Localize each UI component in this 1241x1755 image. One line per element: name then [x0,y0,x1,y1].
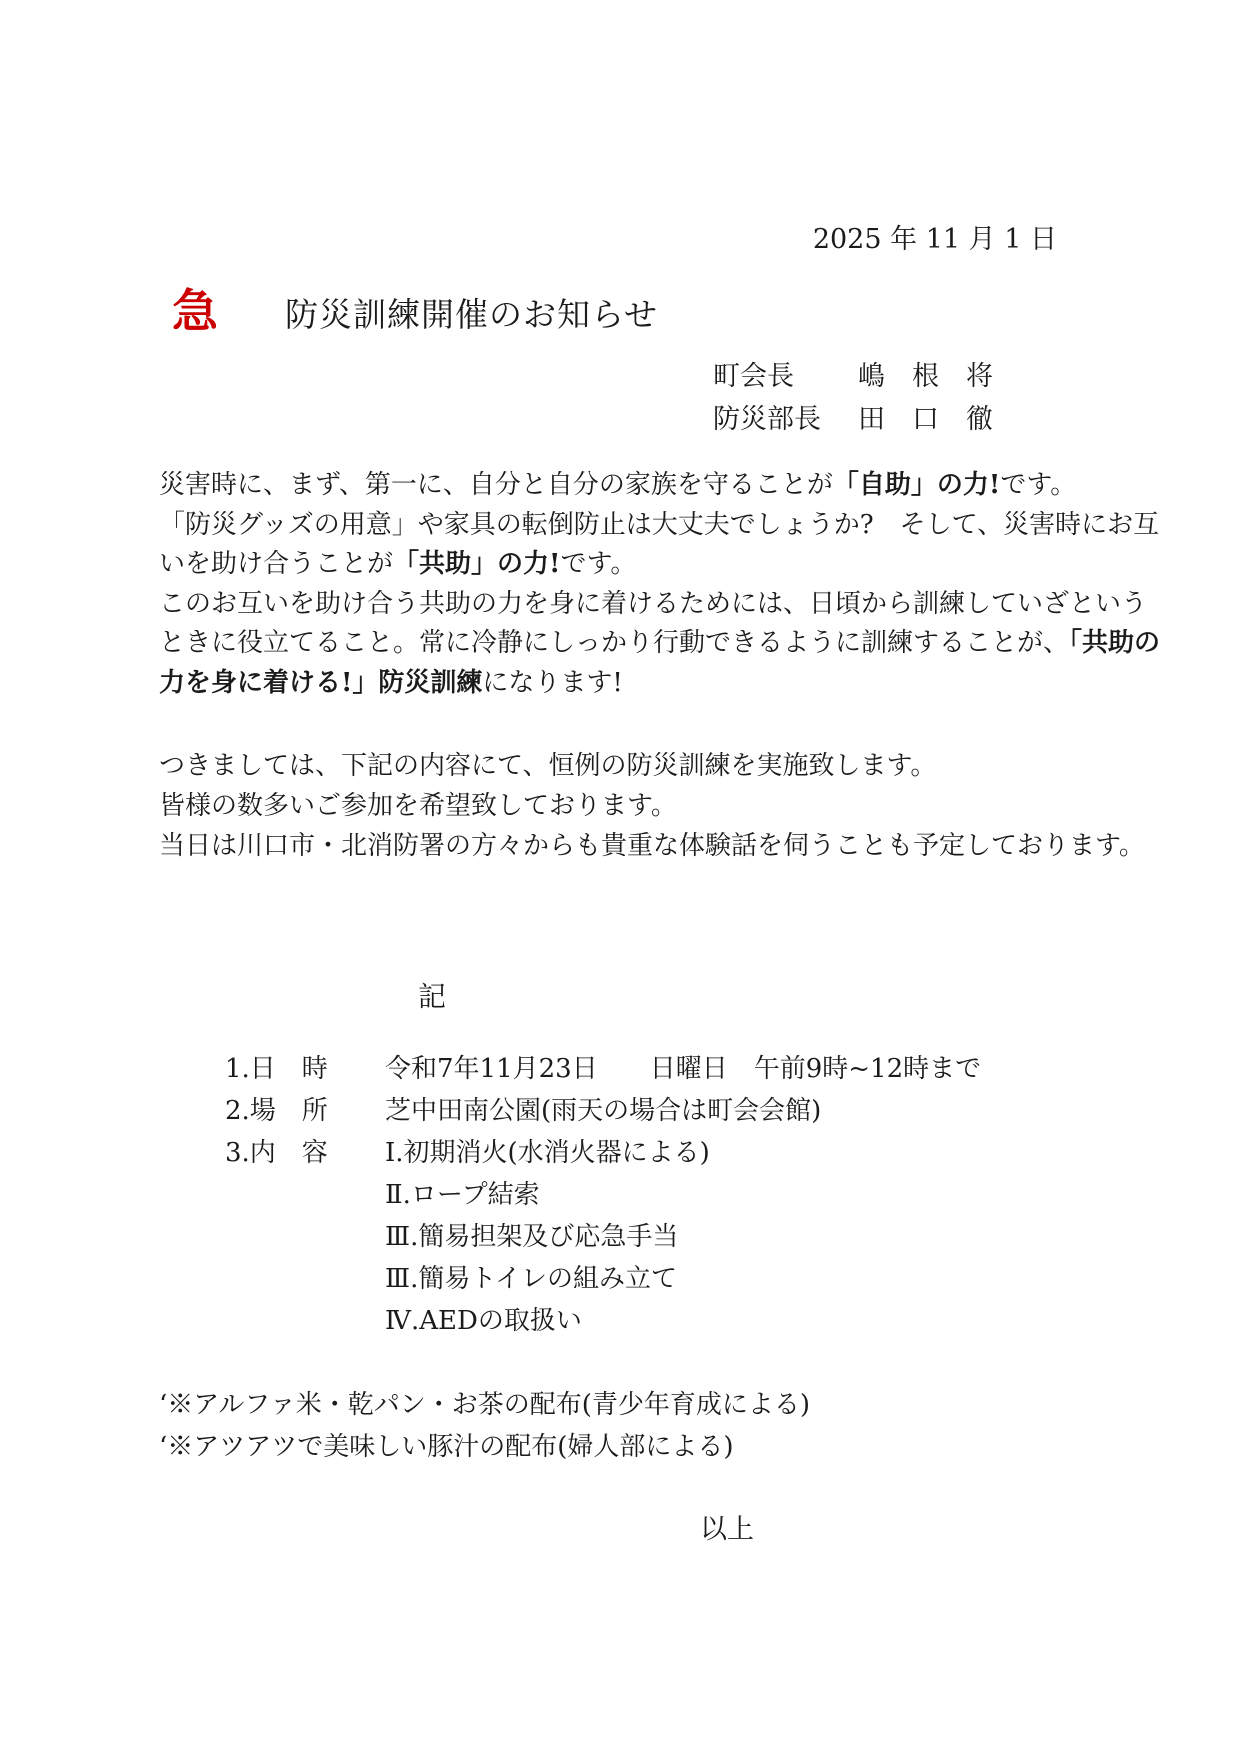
intro-line: 「防災グッズの用意」や家具の転倒防止は大丈夫でしょうか? そして、災害時にお互 [159,506,1149,546]
followup-line: 当日は川口市・北消防署の方々からも貴重な体験話を伺うことも予定しております。 [159,826,1149,866]
record-heading: 記 [418,982,446,1013]
intro-text: です。 [560,549,636,579]
document-page: 2025 年 11 月 1 日 急 防災訓練開催のお知らせ 町会長 嶋 根 将 … [0,0,1241,1755]
signer-row: 町会長 嶋 根 将 [713,354,993,397]
detail-sub-row: Ⅳ.AEDの取扱い [225,1300,981,1342]
notes-block: ‘※アルファ米・乾パン・お茶の配布(青少年育成による) ‘※アツアツで美味しい豚… [159,1384,810,1468]
content-sub-item: Ⅱ.ロープ結索 [385,1174,540,1211]
detail-content: 令和7年11月23日 日曜日 午前9時~12時まで [385,1048,981,1085]
intro-text: 「防災グッズの用意」や家具の転倒防止は大丈夫でしょうか? そして、災害時にお互 [159,510,1159,540]
closing-mark: 以上 [700,1514,754,1546]
urgent-stamp: 急 [172,288,218,334]
signer-name: 田 口 徹 [858,397,993,436]
intro-text-bold: 「共助」の力! [393,549,560,579]
intro-text-bold: 力を身に着ける!」防災訓練 [159,668,482,698]
document-date: 2025 年 11 月 1 日 [813,224,1057,256]
content-sub-item: Ⅲ.簡易トイレの組み立て [385,1258,677,1295]
signer-name: 嶋 根 将 [858,354,993,393]
signer-block: 町会長 嶋 根 将 防災部長 田 口 徹 [713,354,993,440]
intro-text: になります! [482,668,622,698]
detail-sub-row: Ⅲ.簡易トイレの組み立て [225,1258,981,1300]
note-line: ‘※アルファ米・乾パン・お茶の配布(青少年育成による) [159,1384,810,1426]
intro-text: いを助け合うことが [159,549,393,579]
intro-text: このお互いを助け合う共助の力を身に着けるためには、日頃から訓練していざという [159,589,1147,619]
detail-row: 2.場 所 芝中田南公園(雨天の場合は町会会館) [225,1090,981,1132]
document-title: 防災訓練開催のお知らせ [285,297,658,333]
intro-text: です。 [1000,470,1076,500]
detail-content: 芝中田南公園(雨天の場合は町会会館) [385,1090,821,1127]
detail-label: 2.場 所 [225,1090,385,1127]
content-sub-item: Ⅳ.AEDの取扱い [385,1300,582,1337]
signer-role: 防災部長 [713,397,858,436]
content-sub-item: Ⅲ.簡易担架及び応急手当 [385,1216,678,1253]
signer-row: 防災部長 田 口 徹 [713,397,993,440]
intro-line: 力を身に着ける!」防災訓練になります! [159,664,1149,704]
detail-label: 3.内 容 [225,1132,385,1169]
detail-content: Ⅰ.初期消火(水消火器による) [385,1132,710,1169]
details-list: 1.日 時 令和7年11月23日 日曜日 午前9時~12時まで 2.場 所 芝中… [225,1048,981,1342]
intro-text: 災害時に、まず、第一に、自分と自分の家族を守ることが [159,470,833,500]
intro-text: ときに役立てること。常に冷静にしっかり行動できるように訓練することが、 [159,628,1069,658]
intro-line: いを助け合うことが「共助」の力!です。 [159,545,1149,585]
note-line: ‘※アツアツで美味しい豚汁の配布(婦人部による) [159,1426,810,1468]
detail-sub-row: Ⅱ.ロープ結索 [225,1174,981,1216]
followup-line: 皆様の数多いご参加を希望致しております。 [159,786,1149,826]
intro-line: このお互いを助け合う共助の力を身に着けるためには、日頃から訓練していざという [159,585,1149,625]
detail-sub-row: Ⅲ.簡易担架及び応急手当 [225,1216,981,1258]
detail-label: 1.日 時 [225,1048,385,1085]
intro-paragraph: 災害時に、まず、第一に、自分と自分の家族を守ることが「自助」の力!です。 「防災… [159,466,1149,703]
followup-paragraph: つきましては、下記の内容にて、恒例の防災訓練を実施致します。 皆様の数多いご参加… [159,746,1149,866]
detail-row: 3.内 容 Ⅰ.初期消火(水消火器による) [225,1132,981,1174]
signer-role: 町会長 [713,354,858,393]
followup-line: つきましては、下記の内容にて、恒例の防災訓練を実施致します。 [159,746,1149,786]
intro-text-bold: 「自助」の力! [833,470,1000,500]
intro-line: 災害時に、まず、第一に、自分と自分の家族を守ることが「自助」の力!です。 [159,466,1149,506]
intro-text-bold: 「共助の [1069,628,1160,658]
detail-row: 1.日 時 令和7年11月23日 日曜日 午前9時~12時まで [225,1048,981,1090]
intro-line: ときに役立てること。常に冷静にしっかり行動できるように訓練することが、「共助の [159,624,1149,664]
